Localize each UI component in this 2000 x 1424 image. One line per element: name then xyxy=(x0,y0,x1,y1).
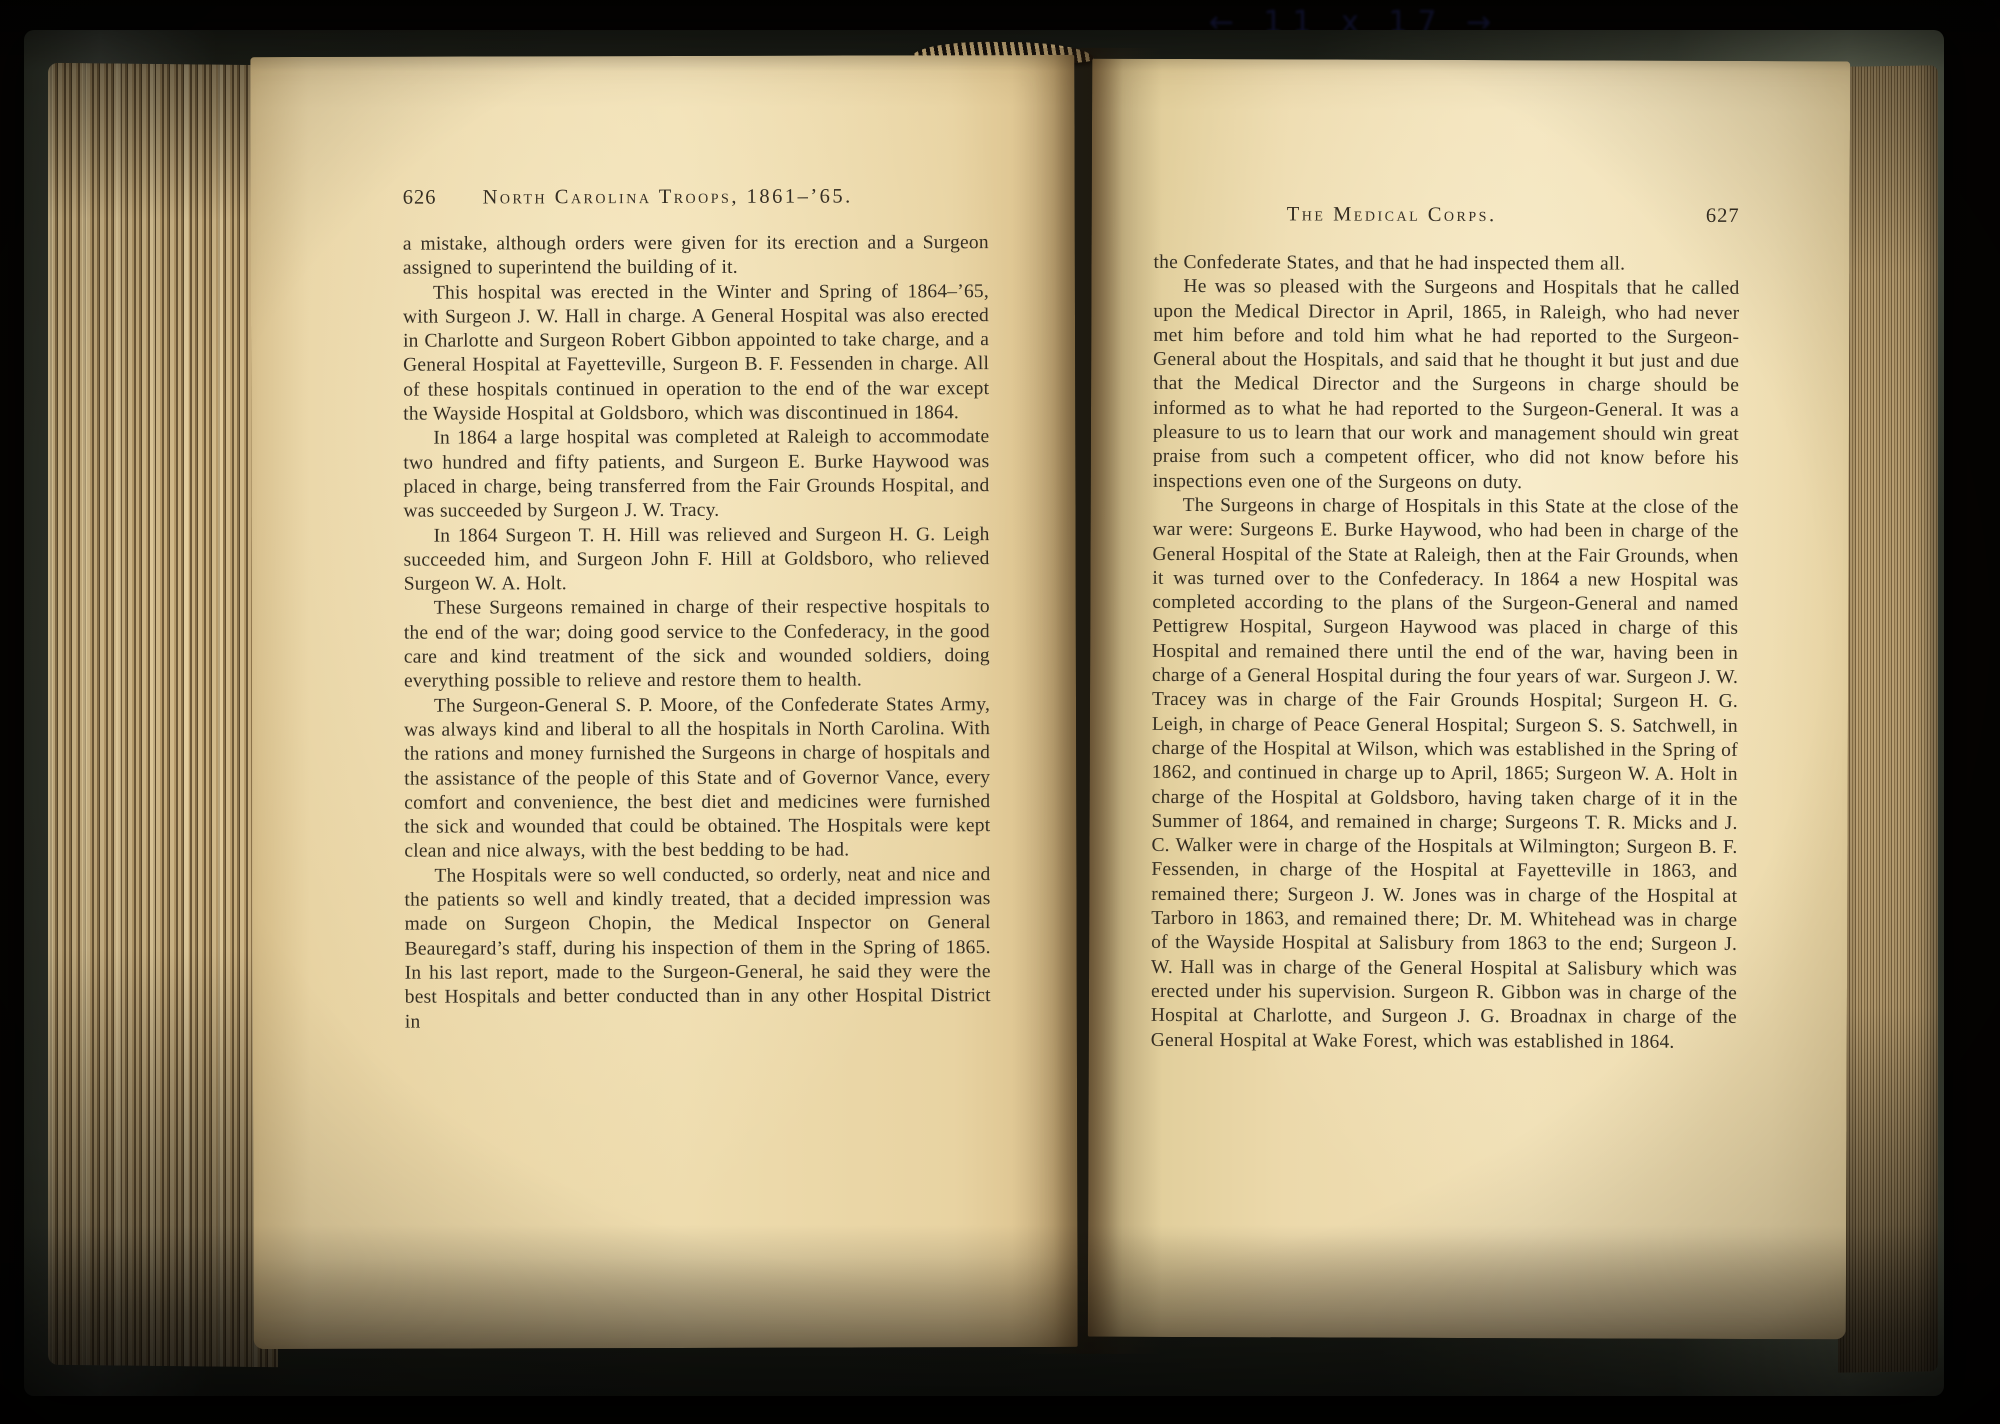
right-page-edges xyxy=(1838,65,1938,1372)
paragraph: the Confederate States, and that he had … xyxy=(1153,251,1739,277)
right-page-header: The Medical Corps. 627 xyxy=(1154,203,1740,235)
paragraph: a mistake, although orders were given fo… xyxy=(403,231,989,281)
right-page: The Medical Corps. 627 the Confederate S… xyxy=(1088,59,1850,1340)
left-page-header: 626 North Carolina Troops, 1861–’65. xyxy=(403,185,989,217)
left-page-edges xyxy=(48,63,278,1367)
left-page: 626 North Carolina Troops, 1861–’65. a m… xyxy=(250,55,1077,1349)
paragraph: He was so pleased with the Surgeons and … xyxy=(1153,275,1740,496)
book-scan: ← 11 x 17 → 626 North Carolina Troops, 1… xyxy=(0,0,2000,1424)
left-page-text: a mistake, although orders were given fo… xyxy=(403,231,991,1034)
running-title-left: North Carolina Troops, 1861–’65. xyxy=(375,185,961,210)
right-page-text: the Confederate States, and that he had … xyxy=(1151,251,1740,1055)
paragraph: The Surgeon-General S. P. Moore, of the … xyxy=(404,693,990,865)
running-title-right: The Medical Corps. xyxy=(1099,203,1685,228)
page-number-right: 627 xyxy=(1706,205,1740,228)
paragraph: In 1864 a large hospital was completed a… xyxy=(403,426,989,525)
paragraph: In 1864 Surgeon T. H. Hill was relieved … xyxy=(404,523,990,597)
paragraph: The Hospitals were so well conducted, so… xyxy=(404,863,990,1035)
paragraph: The Surgeons in charge of Hospitals in t… xyxy=(1151,494,1739,1055)
paragraph: These Surgeons remained in charge of the… xyxy=(404,596,990,695)
paragraph: This hospital was erected in the Winter … xyxy=(403,280,989,427)
